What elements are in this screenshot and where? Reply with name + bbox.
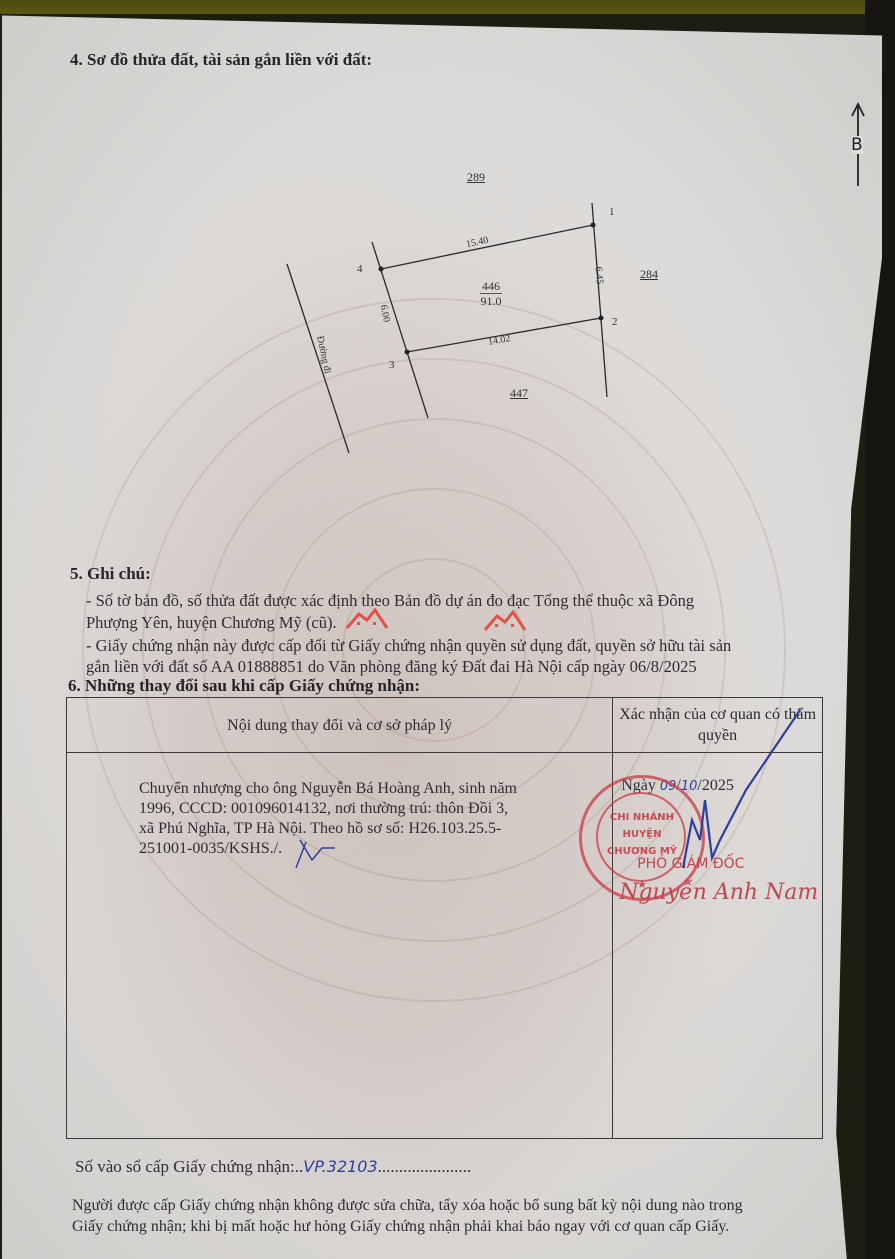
column-header-confirmation: Xác nhận của cơ quan có thẩm quyền	[613, 698, 823, 753]
watermark-house-icon	[345, 608, 389, 630]
stamp-star-icon: ★	[582, 878, 702, 891]
vertex-label-4: 4	[357, 263, 363, 275]
change-content-cell: Chuyển nhượng cho ông Nguyễn Bá Hoàng An…	[67, 753, 613, 1139]
stamp-line: HUYỆN	[582, 829, 702, 840]
note-line-4: gắn liền với đất số AA 01888851 do Văn p…	[86, 656, 697, 677]
changes-table: Nội dung thay đổi và cơ sở pháp lý Xác n…	[66, 697, 823, 1139]
note-line-2: Phượng Yên, huyện Chương Mỹ (cũ).	[86, 612, 337, 633]
note-line-3: - Giấy chứng nhận này được cấp đổi từ Gi…	[86, 635, 731, 656]
footer-notice-line: Người được cấp Giấy chứng nhận không đượ…	[72, 1195, 743, 1216]
change-line: Chuyển nhượng cho ông Nguyễn Bá Hoàng An…	[139, 779, 602, 799]
registry-label: Số vào sổ cấp Giấy chứng nhận:	[75, 1157, 295, 1176]
vertex-label-2: 2	[612, 316, 618, 328]
note-line-1: - Số tờ bản đồ, số thửa đất được xác địn…	[86, 590, 694, 611]
vertex-label-3: 3	[389, 359, 395, 371]
neighbor-parcel-south: 447	[510, 386, 528, 401]
change-line: 251001-0035/KSHS./.	[139, 839, 602, 859]
date-year: 2025	[702, 777, 734, 794]
neighbor-parcel-north: 289	[467, 170, 485, 185]
parcel-info: 446 91.0	[480, 279, 502, 308]
vertex-label-1: 1	[609, 206, 615, 218]
change-line: xã Phú Nghĩa, TP Hà Nội. Theo hồ sơ số: …	[139, 819, 602, 839]
official-stamp: CHI NHÁNH HUYỆN CHƯƠNG MỸ ★	[579, 775, 705, 901]
column-header-content: Nội dung thay đổi và cơ sở pháp lý	[67, 698, 613, 753]
land-plot-diagram	[0, 0, 895, 560]
registry-value: VP.32103	[303, 1157, 377, 1176]
section-6-heading: 6. Những thay đổi sau khi cấp Giấy chứng…	[68, 676, 420, 696]
parcel-number: 446	[480, 279, 502, 294]
footer-notice-line: Giấy chứng nhận; khi bị mất hoặc hư hỏng…	[72, 1216, 729, 1237]
table-row: Chuyển nhượng cho ông Nguyễn Bá Hoàng An…	[67, 753, 823, 1139]
stamp-line: CHI NHÁNH	[582, 812, 702, 823]
change-line: 1996, CCCD: 001096014132, nơi thường trú…	[139, 799, 602, 819]
edge-length-right: 6.45	[593, 266, 605, 284]
stamp-line: CHƯƠNG MỸ	[582, 846, 702, 857]
registry-number: Số vào sổ cấp Giấy chứng nhận:..VP.32103…	[75, 1156, 471, 1177]
parcel-area: 91.0	[480, 294, 502, 308]
watermark-house-icon	[483, 610, 527, 632]
neighbor-parcel-east: 284	[640, 267, 658, 282]
section-5-heading: 5. Ghi chú:	[70, 564, 151, 584]
